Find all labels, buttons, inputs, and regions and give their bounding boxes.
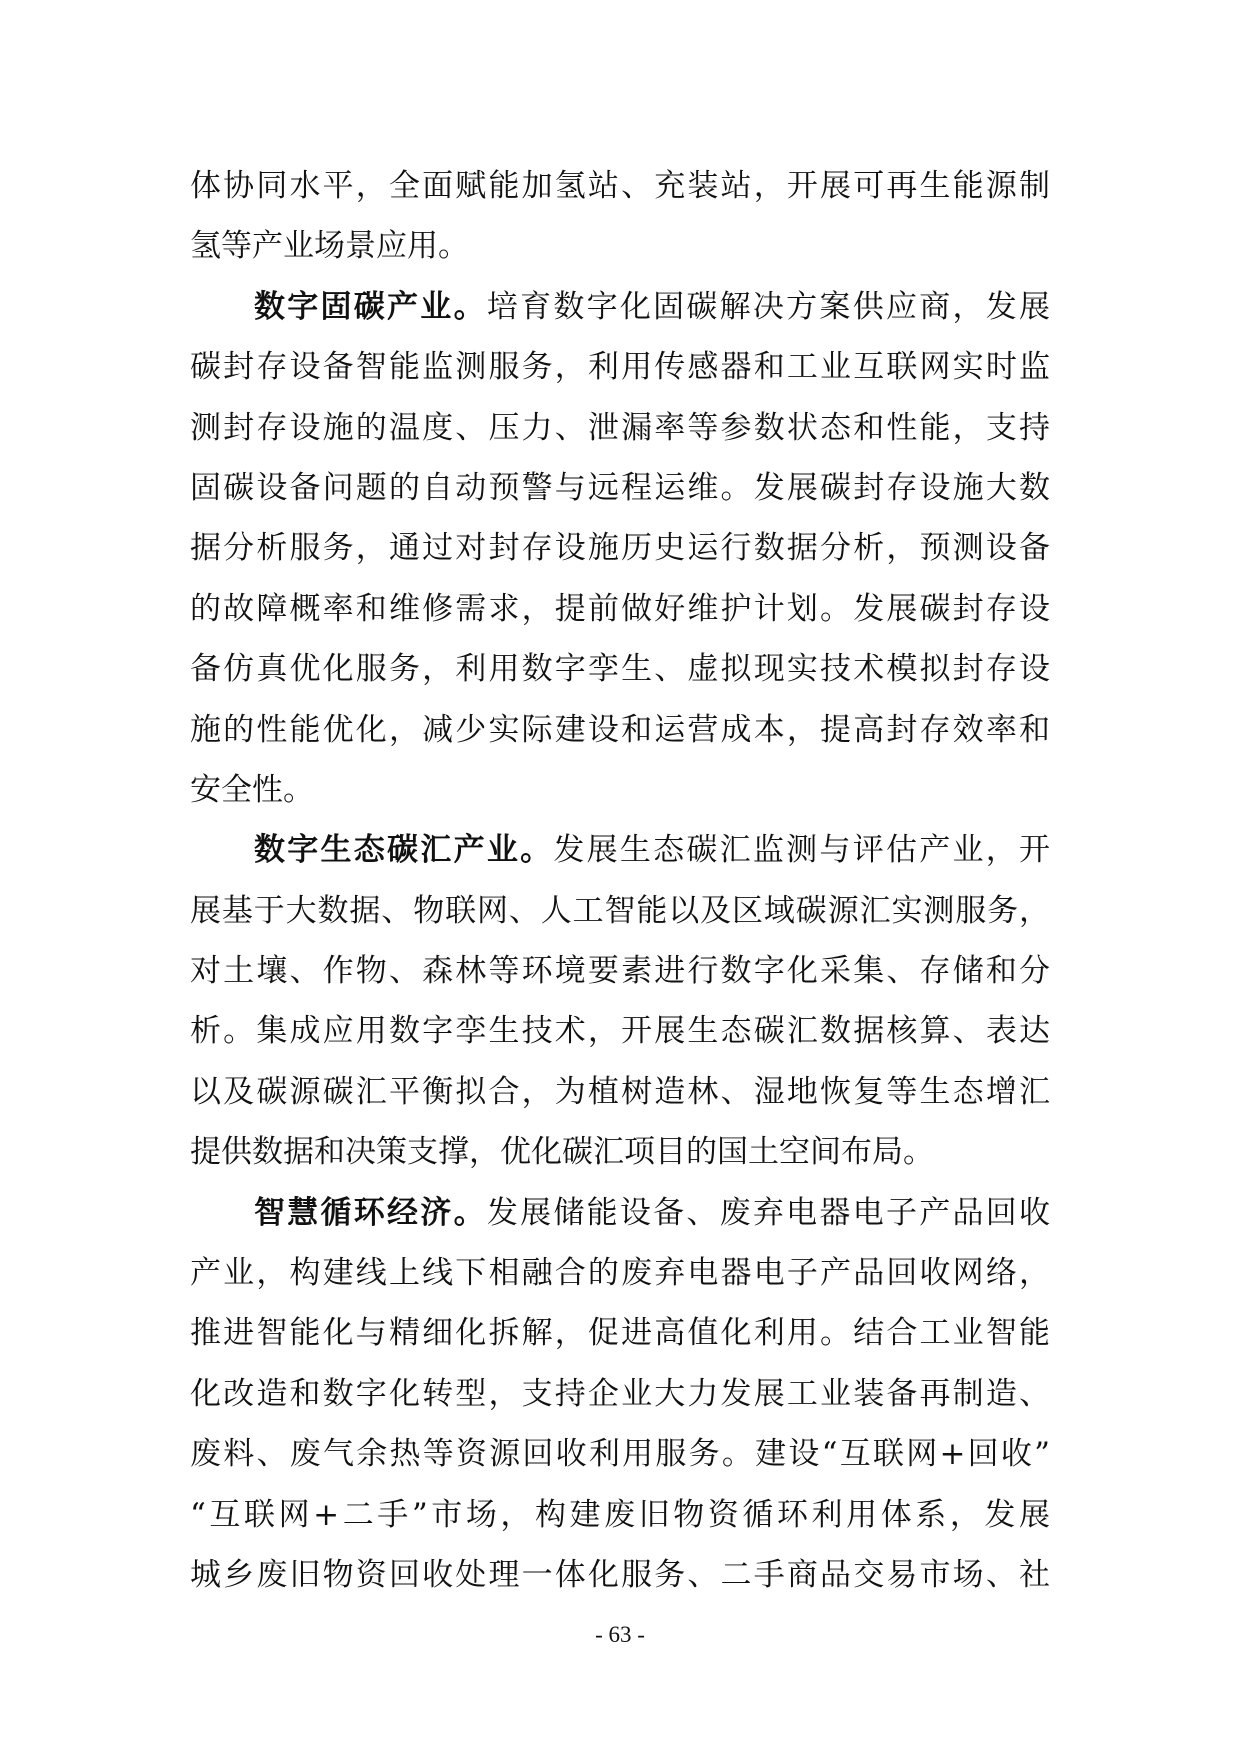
paragraph-heading: 数字生态碳汇产业。 (254, 832, 553, 868)
text-line: 的故障概率和维修需求，提前做好维护计划。发展碳封存设 (190, 579, 1050, 639)
text-line: 体协同水平，全面赋能加氢站、充装站，开展可再生能源制 (190, 156, 1050, 216)
text-line: 以及碳源碳汇平衡拟合，为植树造林、湿地恢复等生态增汇 (190, 1062, 1050, 1122)
text-line: 固碳设备问题的自动预警与远程运维。发展碳封存设施大数 (190, 458, 1050, 518)
body-text: 体协同水平，全面赋能加氢站、充装站，开展可再生能源制 氢等产业场景应用。 数字固… (190, 156, 1050, 1605)
text-line: 展基于大数据、物联网、人工智能以及区域碳源汇实测服务， (190, 881, 1050, 941)
text-span: 培育数字化固碳解决方案供应商，发展 (487, 289, 1050, 325)
document-page: 体协同水平，全面赋能加氢站、充装站，开展可再生能源制 氢等产业场景应用。 数字固… (0, 0, 1240, 1753)
text-line: 智慧循环经济。发展储能设备、废弃电器电子产品回收 (190, 1183, 1050, 1243)
text-line: 安全性。 (190, 760, 1050, 820)
text-line: 析。集成应用数字孪生技术，开展生态碳汇数据核算、表达 (190, 1001, 1050, 1061)
text-line: 产业，构建线上线下相融合的废弃电器电子产品回收网络， (190, 1243, 1050, 1303)
text-line: “互联网+二手”市场，构建废旧物资循环利用体系，发展 (190, 1485, 1050, 1545)
text-line: 备仿真优化服务，利用数字孪生、虚拟现实技术模拟封存设 (190, 639, 1050, 699)
paragraph-digital-carbon-fixation: 数字固碳产业。培育数字化固碳解决方案供应商，发展 碳封存设备智能监测服务，利用传… (190, 277, 1050, 821)
paragraph-smart-circular-economy: 智慧循环经济。发展储能设备、废弃电器电子产品回收 产业，构建线上线下相融合的废弃… (190, 1183, 1050, 1606)
text-span: 发展储能设备、废弃电器电子产品回收 (487, 1195, 1050, 1231)
text-line: 氢等产业场景应用。 (190, 216, 1050, 276)
text-line: 废料、废气余热等资源回收利用服务。建设“互联网+回收” (190, 1424, 1050, 1484)
text-line: 据分析服务，通过对封存设施历史运行数据分析，预测设备 (190, 518, 1050, 578)
text-line: 数字生态碳汇产业。发展生态碳汇监测与评估产业，开 (190, 820, 1050, 880)
paragraph-heading: 智慧循环经济。 (254, 1195, 487, 1231)
text-line: 提供数据和决策支撑，优化碳汇项目的国土空间布局。 (190, 1122, 1050, 1182)
text-line: 测封存设施的温度、压力、泄漏率等参数状态和性能，支持 (190, 398, 1050, 458)
text-line: 数字固碳产业。培育数字化固碳解决方案供应商，发展 (190, 277, 1050, 337)
text-line: 施的性能优化，减少实际建设和运营成本，提高封存效率和 (190, 700, 1050, 760)
text-line: 对土壤、作物、森林等环境要素进行数字化采集、存储和分 (190, 941, 1050, 1001)
page-number: - 63 - (0, 1622, 1240, 1648)
text-line: 化改造和数字化转型，支持企业大力发展工业装备再制造、 (190, 1364, 1050, 1424)
paragraph-continuation: 体协同水平，全面赋能加氢站、充装站，开展可再生能源制 氢等产业场景应用。 (190, 156, 1050, 277)
text-line: 推进智能化与精细化拆解，促进高值化利用。结合工业智能 (190, 1303, 1050, 1363)
text-span: 发展生态碳汇监测与评估产业，开 (553, 832, 1050, 868)
text-line: 碳封存设备智能监测服务，利用传感器和工业互联网实时监 (190, 337, 1050, 397)
paragraph-digital-ecological-carbon-sink: 数字生态碳汇产业。发展生态碳汇监测与评估产业，开 展基于大数据、物联网、人工智能… (190, 820, 1050, 1182)
text-line: 城乡废旧物资回收处理一体化服务、二手商品交易市场、社 (190, 1545, 1050, 1605)
paragraph-heading: 数字固碳产业。 (254, 289, 487, 325)
